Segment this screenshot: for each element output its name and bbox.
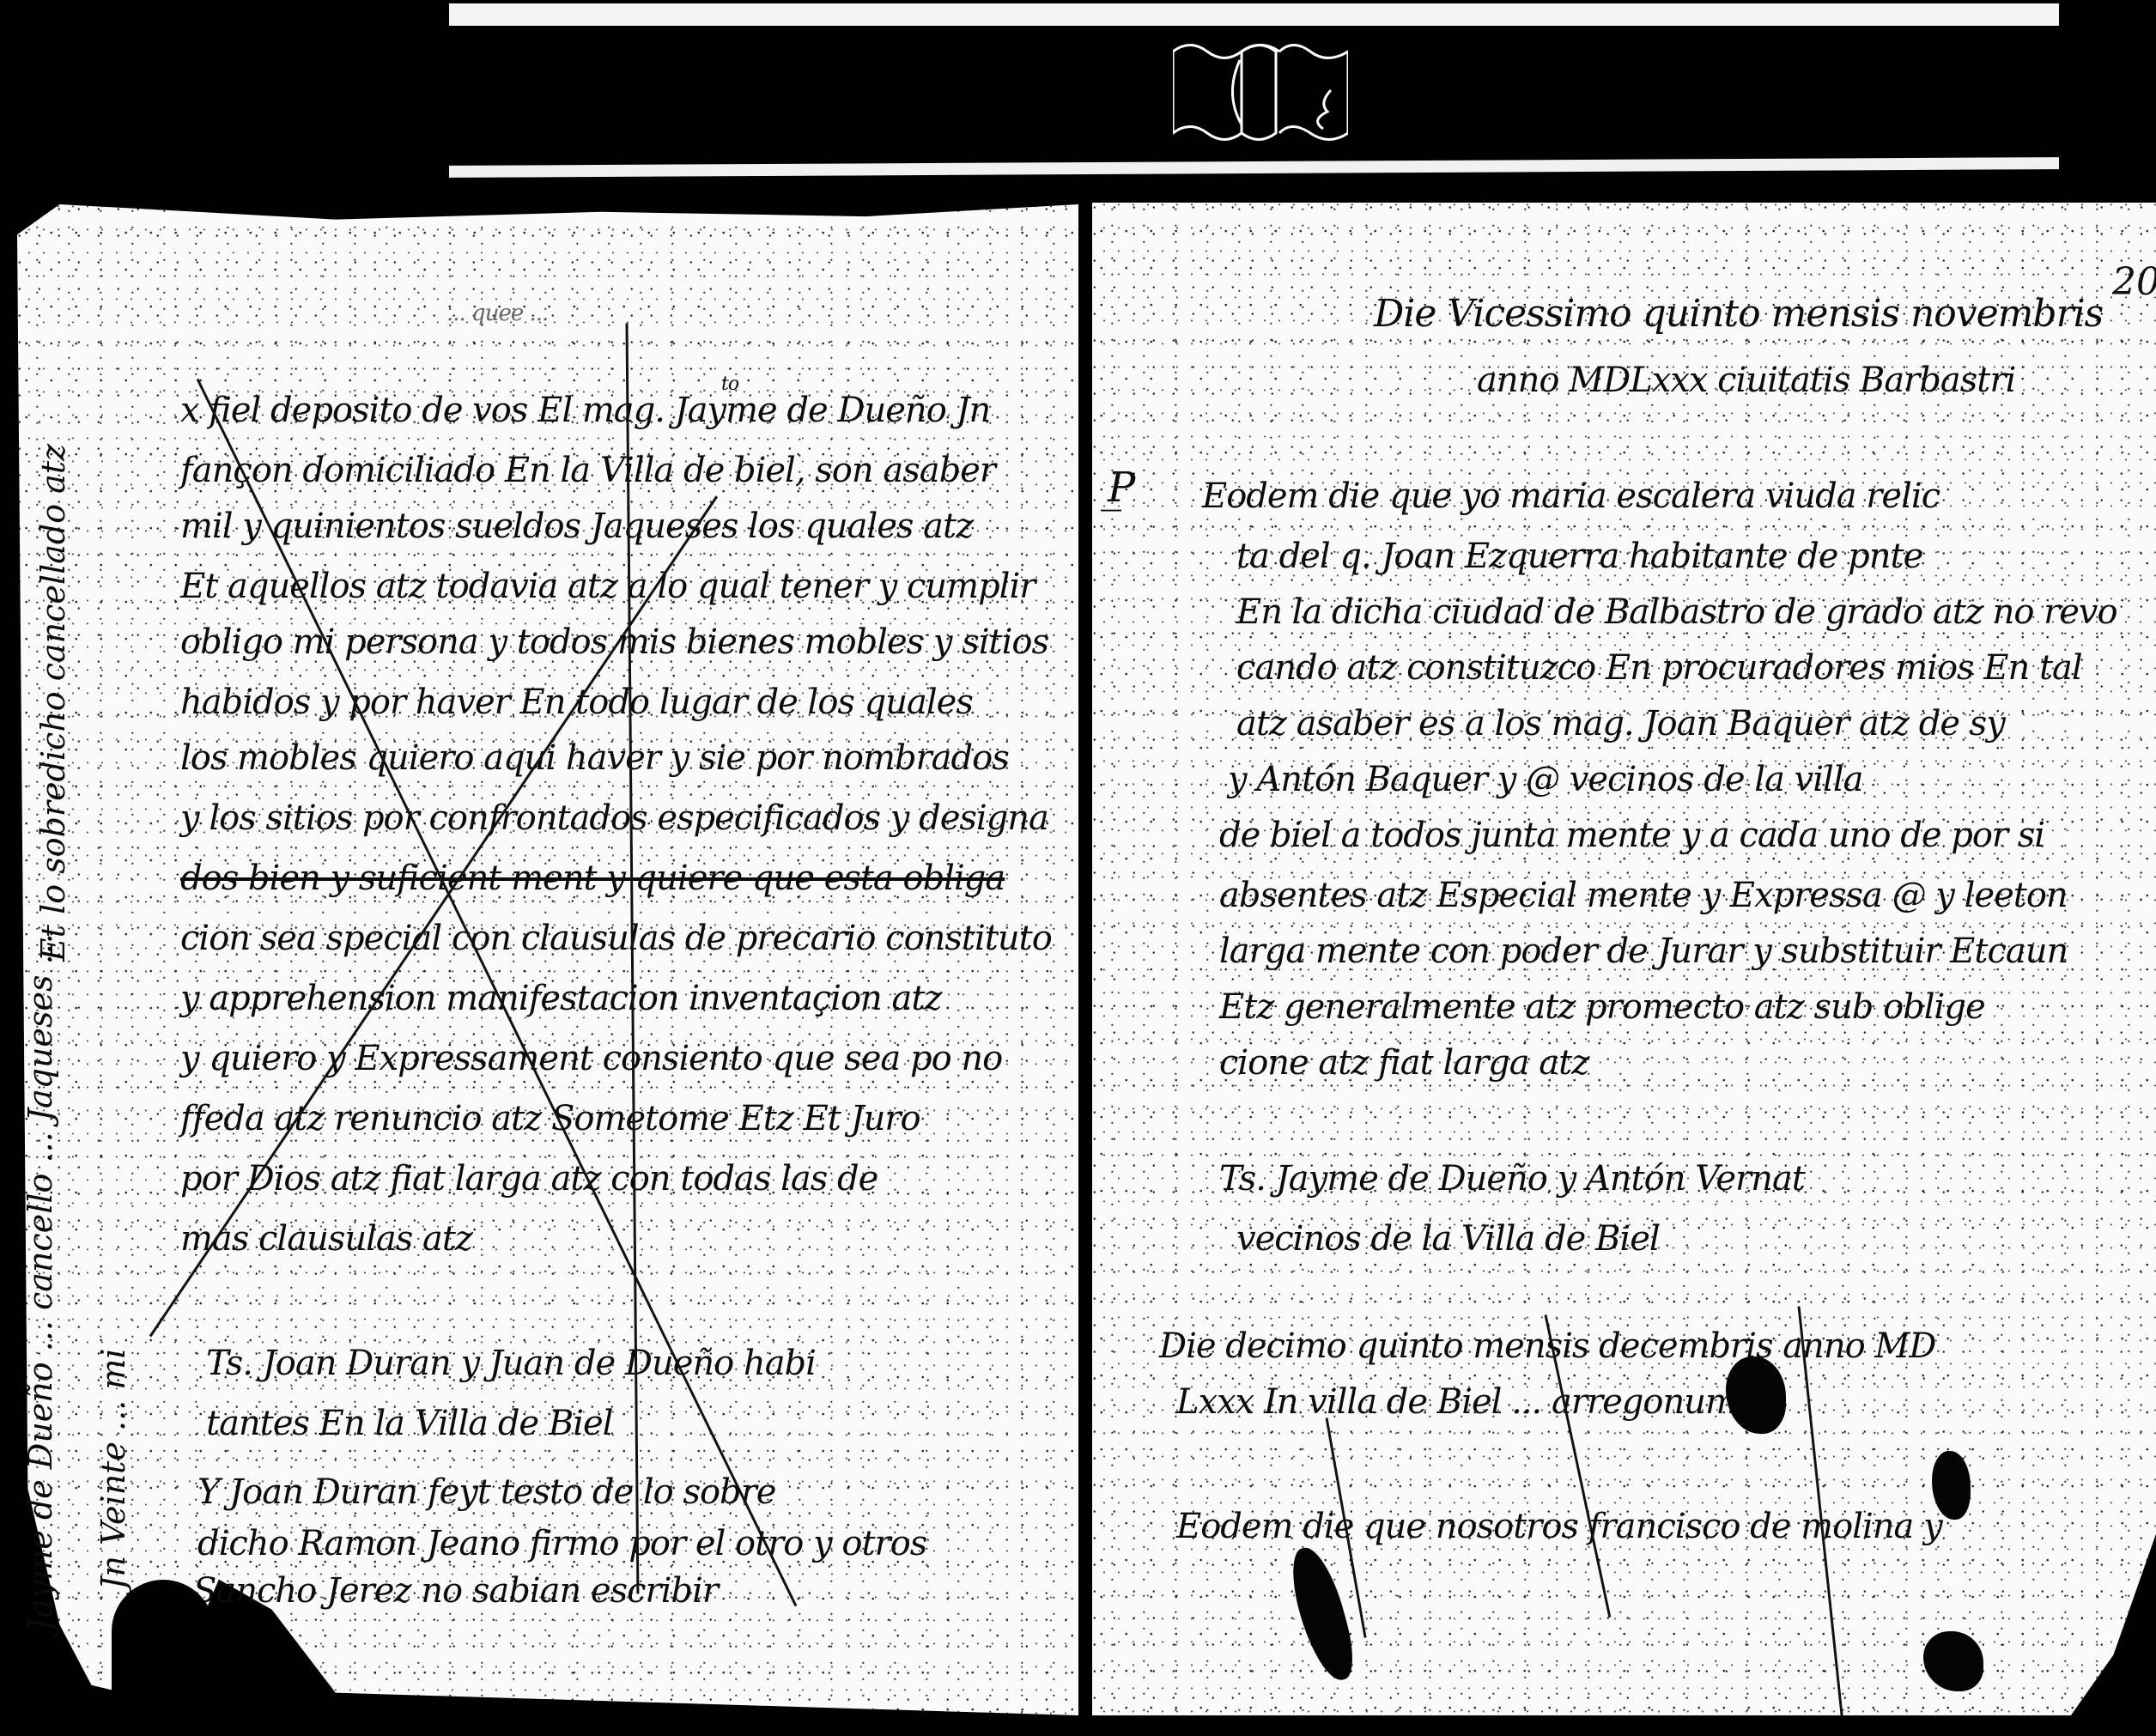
left-line: Et aquellos atz todavia atz a lo qual te…: [180, 567, 1035, 606]
left-line: dicho Ramon Jeano firmo por el otro y ot…: [197, 1524, 926, 1563]
left-line: por Dios atz fiat larga atz con todas la…: [180, 1159, 878, 1199]
page-damage: [112, 1580, 215, 1734]
left-line: y apprehension manifestacion inventaçion…: [180, 979, 942, 1018]
right-heading2-line: Lxxx In villa de Biel ... arregonum: [1176, 1382, 1737, 1422]
right-heading-line1: Die Vicessimo quinto mensis novembris: [1374, 292, 2103, 336]
witness-line: vecinos de la Villa de Biel: [1236, 1219, 1660, 1259]
folio-number: 20: [2112, 260, 2156, 304]
right-line: larga mente con poder de Jurar y substit…: [1219, 932, 2068, 971]
right-line: En la dicha ciudad de Balbastro de grado…: [1236, 592, 2117, 632]
open-book-icon: [1173, 43, 1348, 151]
faint-header-text: ... quee ...: [446, 300, 548, 326]
left-line: obligo mi persona y todos mis bienes mob…: [180, 622, 1048, 662]
right-line: ta del q. Joan Ezquerra habitante de pnt…: [1236, 537, 1922, 576]
left-line: fançon domiciliado En la Villa de biel, …: [180, 451, 995, 490]
right-heading-line2: anno MDLxxx ciuitatis Barbastri: [1477, 361, 2015, 400]
film-bottom-strip: [449, 157, 2059, 178]
right-line: atz asaber es a los mag. Joan Baquer atz…: [1236, 704, 2005, 744]
right-line: cione atz fiat larga atz: [1219, 1043, 1588, 1083]
left-line: los mobles quiero aqui haver y sie por n…: [180, 738, 1009, 778]
right-line: absentes atz Especial mente y Expressa @…: [1219, 876, 2068, 915]
right-line: de biel a todos junta mente y a cada uno…: [1219, 816, 2044, 855]
page-gutter: [1080, 203, 1089, 1727]
margin-note: Jayme de Dueño ... cancello ... Jaqueses…: [21, 933, 59, 1631]
film-top-strip: [449, 3, 2059, 26]
right-line: Etz generalmente atz promecto atz sub ob…: [1219, 987, 1985, 1027]
left-line: y los sitios por confrontados especifica…: [180, 798, 1048, 838]
left-line: cion sea special con clausulas de precar…: [180, 919, 1052, 958]
right-line: y Antón Baquer y @ vecinos de la villa: [1228, 760, 1862, 799]
margin-note: Et lo sobredicho cancellado atz: [34, 444, 72, 962]
right-line: Eodem die que nosotros francisco de moli…: [1176, 1507, 1942, 1546]
margin-initial: P̲: [1108, 464, 1134, 512]
left-line: Ts. Joan Duran y Juan de Dueño habi: [206, 1344, 816, 1383]
left-line: Y Joan Duran feyt testo de lo sobre: [197, 1472, 775, 1512]
witness-line: Ts. Jayme de Dueño y Antón Vernat: [1219, 1159, 1805, 1199]
right-line: Eodem die que yo maria escalera viuda re…: [1202, 476, 1940, 516]
left-line: y quiero y Expressament consiento que se…: [180, 1039, 1002, 1078]
margin-note: ... Jn Veinte ... mi: [94, 1348, 132, 1631]
right-line: cando atz constituzco En procuradores mi…: [1236, 648, 2082, 688]
left-line: tantes En la Villa de Biel: [206, 1404, 612, 1443]
left-line: x fiel deposito de vos El mag. Jayme de …: [180, 391, 990, 430]
left-line: mil y quinientos sueldos Jaqueses los qu…: [180, 507, 973, 546]
left-line-struck: dos bien y suficient ment y quiere que e…: [180, 859, 1005, 898]
